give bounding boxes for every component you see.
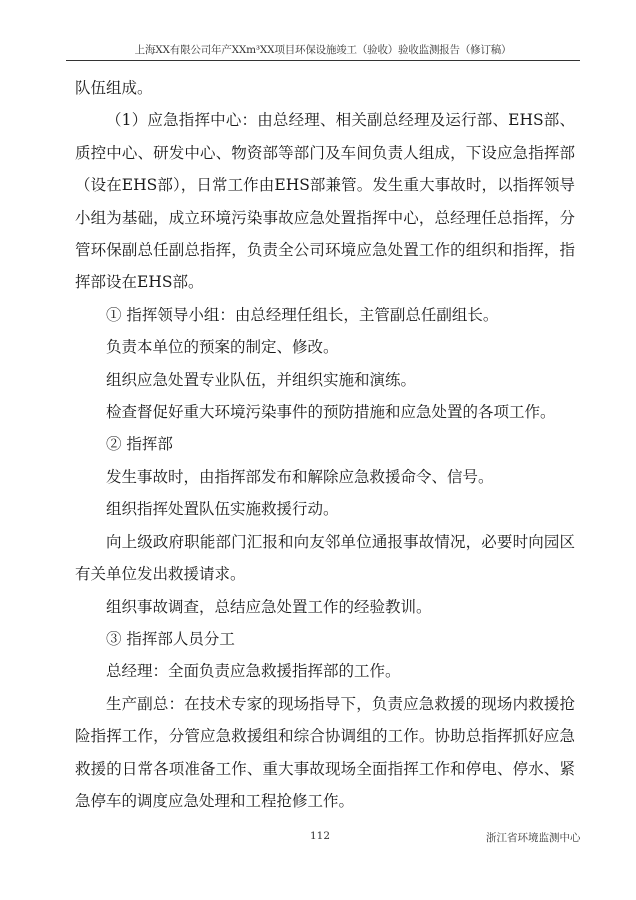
paragraph: 组织事故调查，总结应急处置工作的经验教训。 (75, 591, 575, 623)
paragraph: 发生事故时，由指挥部发布和解除应急救援命令、信号。 (75, 461, 575, 493)
paragraph: 总经理：全面负责应急救援指挥部的工作。 (75, 655, 575, 687)
page-number: 112 (310, 830, 330, 842)
paragraph: 组织应急处置专业队伍，并组织实施和演练。 (75, 364, 575, 396)
paragraph: 队伍组成。 (75, 72, 575, 104)
paragraph: 组织指挥处置队伍实施救援行动。 (75, 493, 575, 525)
page-header: 上海XX有限公司年产XXm³XX项目环保设施竣工（验收）验收监测报告（修订稿） (66, 42, 580, 61)
paragraph: ② 指挥部 (75, 428, 575, 460)
paragraph: ① 指挥领导小组：由总经理任组长，主管副总任副组长。 (75, 299, 575, 331)
paragraph: 生产副总：在技术专家的现场指导下，负责应急救援的现场内救援抢险指挥工作，分管应急… (75, 688, 575, 818)
document-body: 队伍组成。 （1）应急指挥中心：由总经理、相关副总经理及运行部、EHS部、质控中… (75, 72, 575, 817)
paragraph: 负责本单位的预案的制定、修改。 (75, 331, 575, 363)
paragraph: 向上级政府职能部门汇报和向友邻单位通报事故情况，必要时向园区有关单位发出救援请求… (75, 526, 575, 591)
paragraph: ③ 指挥部人员分工 (75, 623, 575, 655)
paragraph: （1）应急指挥中心：由总经理、相关副总经理及运行部、EHS部、质控中心、研发中心… (75, 104, 575, 298)
paragraph: 检查督促好重大环境污染事件的预防措施和应急处置的各项工作。 (75, 396, 575, 428)
footer-organization: 浙江省环境监测中心 (486, 830, 581, 845)
